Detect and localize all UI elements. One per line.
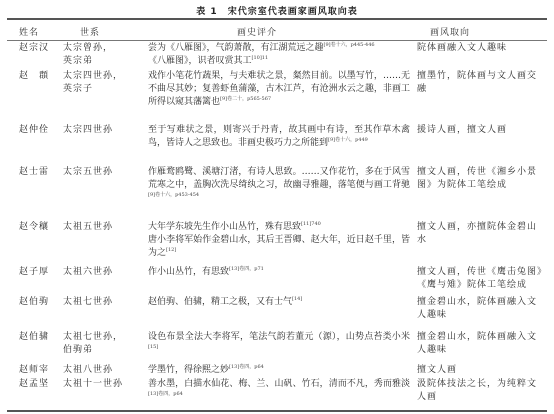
cell-style: 擅金碧山水，院体画融入文人趣味 xyxy=(417,296,543,322)
citation: [10]11 xyxy=(252,55,269,61)
table-number: 表 1 xyxy=(196,7,217,17)
cell-review: 尝为《八雁图》，气韵萧散，有江湖荒远之趣[9]卷十六，p445-446《八雁图》… xyxy=(148,42,410,68)
table-title: 宋代宗室代表画家画风取向表 xyxy=(228,7,358,17)
citation: [14] xyxy=(292,296,302,302)
cell-review: 设色布景全法大李将军，笔法气韵若董元（源），山势点苔类小米[15] xyxy=(148,331,410,357)
cell-review: 作小山丛竹，有思致[13]卷四，p71 xyxy=(148,266,410,279)
header-style: 画风取向 xyxy=(430,25,470,38)
cell-review: 学墨竹，得徐熙之妙[13]卷四，p64 xyxy=(148,364,410,377)
citation: [9]卷十六，p453-454 xyxy=(148,192,199,198)
cell-review: 大年学东坡先生作小山丛竹，殊有思致[11]740唐小李将军始作金碧山水，其后王晋… xyxy=(148,221,410,260)
citation: [9]卷十六，p449 xyxy=(328,137,368,143)
header-review: 画史评介 xyxy=(237,25,277,38)
citation: [11]740 xyxy=(301,221,321,227)
citation: [9]卷二十，p565-567 xyxy=(220,96,271,102)
cell-lineage: 太祖六世孙 xyxy=(63,266,143,279)
cell-review: 至于写难状之景，则寄兴于丹青，故其画中有诗，至其作草木禽鸟，皆诗人之思致也。非画… xyxy=(148,124,410,150)
cell-style: 汲院体技法之长，为纯粹文人画 xyxy=(417,378,543,404)
top-rule xyxy=(7,18,547,20)
cell-review: 善水墨，白描水仙花、梅、兰、山矾、竹石，清而不凡，秀而雅淡[13]卷四，p64 xyxy=(148,378,410,404)
cell-review: 赵伯驹、伯骕，精工之极，又有士气[14] xyxy=(148,296,410,309)
cell-lineage: 太宗曾孙，英宗弟 xyxy=(63,42,143,68)
cell-style: 擅文人画，亦擅院体金碧山水 xyxy=(417,221,543,247)
cell-style: 擅文人画，传世《鹰击兔图》《鹰与雉》院体工笔绘成 xyxy=(417,266,543,292)
citation: [13]卷四，p64 xyxy=(229,364,264,370)
cell-style: 擅金碧山水，院体画融入文人趣味 xyxy=(417,331,543,357)
citation: [12] xyxy=(166,247,176,253)
citation: [9]卷十六，p445-446 xyxy=(324,42,375,48)
cell-lineage: 太祖八世孙 xyxy=(63,364,143,377)
cell-lineage: 太祖七世孙 xyxy=(63,296,143,309)
cell-lineage: 太祖五世孙 xyxy=(63,221,143,234)
header-lineage: 世系 xyxy=(80,25,100,38)
table-caption: 表 1宋代宗室代表画家画风取向表 xyxy=(0,4,554,17)
cell-review: 作雁鹜鸥鹭、溪塘汀渚，有诗人思致。……又作花竹，多在于风雪荒寒之中，盖胸次洗尽绮… xyxy=(148,166,410,205)
cell-style: 院体画融入文人趣味 xyxy=(417,42,543,55)
cell-style: 擅文人画 xyxy=(417,364,543,377)
cell-style: 擅文人画，传世《湘乡小景图》为院体工笔绘成 xyxy=(417,166,543,192)
cell-review: 戏作小笔花竹蔬果，与夫难状之景，粲然目前。以墨写竹，……无不曲尽其妙；复善虾鱼蒲… xyxy=(148,70,410,109)
cell-lineage: 太祖七世孙，伯驹弟 xyxy=(63,331,143,357)
citation: [15] xyxy=(148,344,158,350)
cell-lineage: 太宗五世孙 xyxy=(63,166,143,179)
cell-style: 擅墨竹，院体画与文人画交融 xyxy=(417,70,543,96)
header-name: 姓名 xyxy=(19,25,39,38)
cell-lineage: 太宗四世孙 xyxy=(63,124,143,137)
cell-lineage: 太祖十一世孙 xyxy=(63,378,143,391)
cell-style: 援诗人画，擅文人画 xyxy=(417,124,543,137)
citation: [13]卷四，p71 xyxy=(229,266,264,272)
citation: [13]卷四，p64 xyxy=(148,391,183,397)
header-rule xyxy=(7,40,547,41)
cell-lineage: 太宗四世孙，英宗子 xyxy=(63,70,143,96)
bottom-rule xyxy=(7,410,547,412)
